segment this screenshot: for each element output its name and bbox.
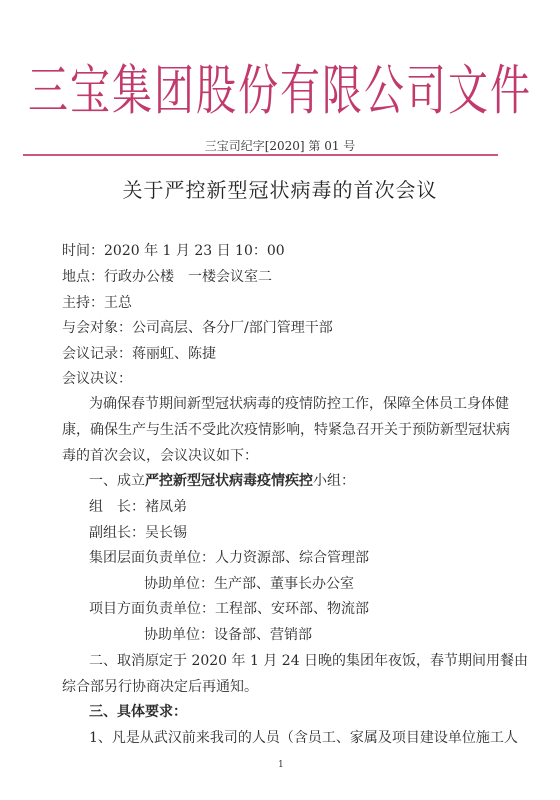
meeting-host: 主持：王总	[62, 294, 132, 312]
intro-line-2: 康，确保生产与生活不受此次疫情影响，特紧急召开关于预防新型冠状病	[62, 421, 510, 439]
intro-line-1: 为确保春节期间新型冠状病毒的疫情防控工作，保障全体员工身体健	[89, 395, 509, 413]
document-title: 关于严控新型冠状病毒的首次会议	[0, 174, 560, 203]
meeting-resolution-label: 会议决议：	[62, 370, 132, 388]
section-1-prefix: 一、成立	[89, 473, 145, 489]
section-3-heading: 三、具体要求：	[89, 703, 187, 721]
project-level-assist: 协助单位：设备部、营销部	[144, 626, 312, 644]
org-header-title: 三宝集团股份有限公司文件	[0, 44, 560, 139]
section-1-group-name: 严控新型冠状病毒疫情疾控	[145, 473, 313, 489]
group-level-assist: 协助单位：生产部、董事长办公室	[144, 575, 354, 593]
document-number: 三宝司纪字[2020] 第 01 号	[0, 137, 560, 154]
section-1-suffix: 小组：	[313, 473, 355, 489]
section-3-item-1: 1、凡是从武汉前来我司的人员（含员工、家属及项目建设单位施工人	[89, 729, 518, 747]
meeting-location: 地点：行政办公楼 一楼会议室二	[62, 268, 272, 286]
meeting-recorder: 会议记录：蒋丽虹、陈捷	[62, 345, 216, 363]
section-2-line-1: 二、取消原定于 2020 年 1 月 24 日晚的集团年夜饭，春节期间用餐由	[89, 652, 528, 670]
section-1-heading: 一、成立严控新型冠状病毒疫情疾控小组：	[89, 472, 355, 490]
group-level-responsible: 集团层面负责单位：人力资源部、综合管理部	[89, 549, 369, 567]
project-level-responsible: 项目方面负责单位：工程部、安环部、物流部	[89, 600, 369, 618]
intro-line-3: 毒的首次会议，会议决议如下：	[62, 447, 258, 465]
red-divider	[23, 154, 498, 156]
meeting-time: 时间：2020 年 1 月 23 日 10：00	[62, 242, 285, 260]
page-number: 1	[278, 760, 284, 770]
section-2-line-2: 综合部另行协商决定后再通知。	[62, 678, 258, 696]
group-leader: 组 长：褚凤弟	[89, 498, 187, 516]
meeting-attendees: 与会对象：公司高层、各分厂/部门管理干部	[62, 319, 333, 337]
deputy-leader: 副组长：吴长锡	[89, 524, 187, 542]
